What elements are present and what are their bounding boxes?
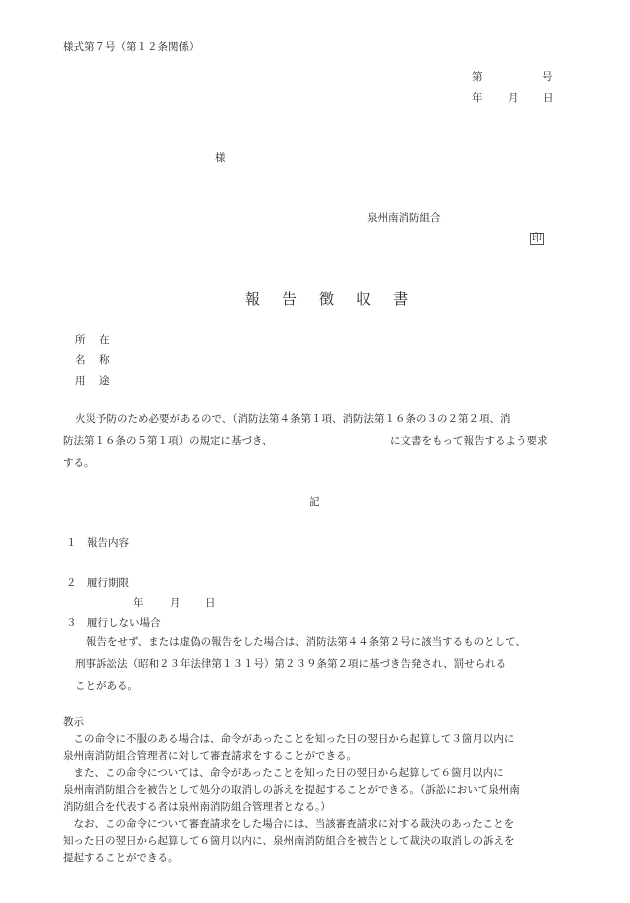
deadline-month: 月: [170, 598, 181, 609]
body-line: 火災予防のため必要があるので、（消防法第４条第１項、消防法第１６条の３の２第２項…: [75, 414, 511, 425]
field-location-b: 在: [99, 335, 110, 346]
date-year: 年: [472, 93, 483, 104]
notice-line: 泉州南消防組合を被告として処分の取消しの訴えを提起することができる。（訴訟におい…: [63, 785, 520, 796]
notice-line: また、この命令については、命令があったことを知った日の翌日から起算して６箇月以内…: [63, 768, 504, 779]
notice-line: 消防組合を代表する者は泉州南消防組合管理者となる。）: [63, 802, 331, 813]
title-char: 書: [393, 292, 408, 307]
notice-line: この命令に不服のある場合は、命令があったことを知った日の翌日から起算して３箇月以…: [63, 734, 514, 745]
title-char: 収: [356, 292, 371, 307]
doc-no-prefix: 第: [472, 72, 483, 83]
deadline-year: 年: [133, 598, 144, 609]
item3-line: 報告をせず、または虚偽の報告をした場合は、消防法第４４条第２号に該当するものとし…: [86, 637, 526, 648]
ki-heading: 記: [309, 497, 320, 508]
title-char: 徴: [319, 292, 334, 307]
addressee-suffix: 様: [215, 153, 226, 164]
notice-line: なお、この命令について審査請求をした場合には、当該審査請求に対する裁決のあったこ…: [63, 819, 514, 830]
body-line: 防法第１６条の５第１項）の規定に基づき、: [63, 436, 273, 447]
item-deadline: ２ 履行期限: [66, 578, 129, 589]
doc-no-suffix: 号: [542, 72, 553, 83]
notice-line: 提起することができる。: [63, 853, 179, 864]
deadline-day: 日: [205, 598, 216, 609]
body-line: する。: [63, 458, 95, 469]
date-month: 月: [508, 93, 519, 104]
issuer-name: 泉州南消防組合: [367, 213, 441, 224]
field-use-a: 用: [75, 376, 86, 387]
field-name-b: 称: [99, 355, 110, 366]
notice-line: 知った日の翌日から起算して６箇月以内に、泉州南消防組合を被告として裁決の取消しの…: [63, 836, 515, 847]
seal-mark: 印: [530, 233, 544, 245]
item3-line: 刑事訴訟法（昭和２３年法律第１３１号）第２３９条第２項に基づき告発され、罰せられ…: [75, 659, 506, 670]
title-char: 告: [282, 292, 297, 307]
form-number: 様式第７号（第１２条関係）: [63, 42, 200, 53]
item-report-content: １ 報告内容: [66, 538, 129, 549]
field-location-a: 所: [75, 335, 86, 346]
notice-line: 泉州南消防組合管理者に対して審査請求をすることができる。: [63, 751, 357, 762]
notice-heading: 教示: [63, 717, 84, 728]
title-char: 報: [245, 292, 260, 307]
field-name-a: 名: [75, 355, 86, 366]
date-day: 日: [543, 93, 554, 104]
item-non-compliance: ３ 履行しない場合: [66, 618, 161, 629]
document-title: 報告徴収書: [245, 292, 408, 307]
item3-line: ことがある。: [75, 681, 138, 692]
field-use-b: 途: [99, 376, 110, 387]
body-line: に文書をもって報告するよう要求: [390, 436, 548, 447]
